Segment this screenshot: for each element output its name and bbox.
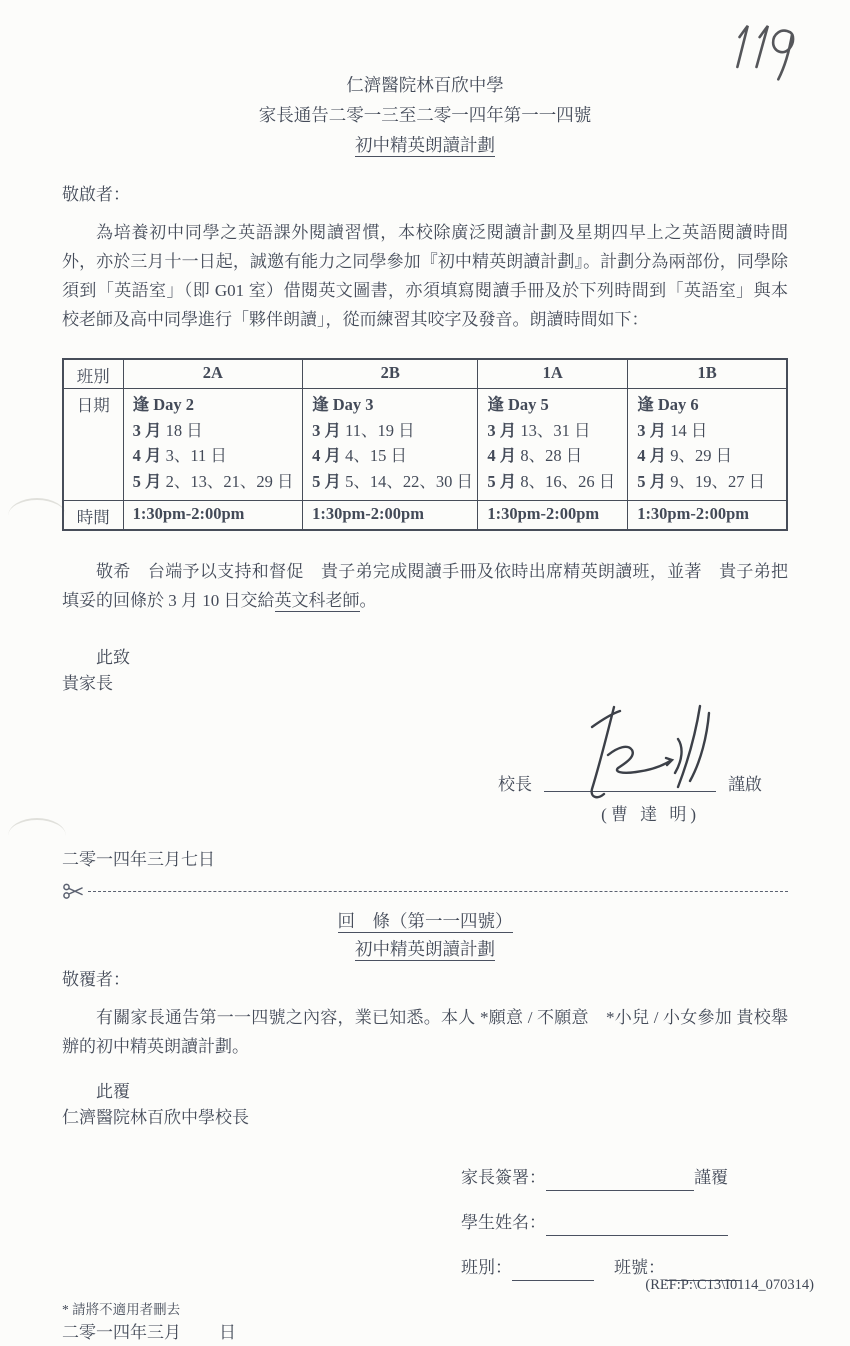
reference-number: (REF:P:\C13\I0114_070314) <box>645 1277 814 1294</box>
delete-inapplicable-footnote: * 請將不適用者刪去 <box>62 1300 788 1320</box>
pencil-scan-mark <box>8 498 66 516</box>
respect-label: 謹啟 <box>728 773 762 797</box>
class-header-2b: 2B <box>303 359 478 389</box>
reply-addressee: 仁濟醫院林百欣中學校長 <box>62 1105 788 1131</box>
principal-name: (曹 達 明) <box>62 800 700 825</box>
reply-slip-title: 回 條（第一一四號） <box>338 911 513 933</box>
request-paragraph: 敬希 台端予以支持和督促 貴子弟完成閱讀手冊及依時出席精英朗讀班，並著 貴子弟把… <box>62 557 788 615</box>
student-name-row: 學生姓名： <box>461 1210 788 1236</box>
scissors-icon <box>62 881 84 901</box>
reply-closing-block: 此覆 仁濟醫院林百欣中學校長 <box>62 1079 788 1131</box>
reading-schedule-table: 班別 2A 2B 1A 1B 日期 逢 Day 2 3 月 18 日 4 月 3… <box>62 358 788 531</box>
dates-cell-1b: 逢 Day 6 3 月 14 日 4 月 9、29 日 5 月 9、19、27 … <box>628 389 787 501</box>
row-label-class: 班別 <box>63 359 123 389</box>
salutation: 敬啟者： <box>62 182 788 208</box>
table-row-classes: 班別 2A 2B 1A 1B <box>63 359 787 389</box>
program-title: 初中精英朗讀計劃 <box>355 135 495 157</box>
notice-date: 二零一四年三月七日 <box>62 847 788 873</box>
reply-body-paragraph: 有關家長通告第一一四號之內容，業已知悉。本人 *願意 / 不願意 *小兒 / 小… <box>62 1003 788 1061</box>
dates-cell-2b: 逢 Day 3 3 月 11、19 日 4 月 4、15 日 5 月 5、14、… <box>303 389 478 501</box>
class-header-1b: 1B <box>628 359 787 389</box>
class-header-1a: 1A <box>478 359 628 389</box>
dates-cell-2a: 逢 Day 2 3 月 18 日 4 月 3、11 日 5 月 2、13、21、… <box>123 389 303 501</box>
time-cell-1a: 1:30pm-2:00pm <box>478 501 628 531</box>
time-cell-2b: 1:30pm-2:00pm <box>303 501 478 531</box>
row-label-date: 日期 <box>63 389 123 501</box>
signature-block: 校長 謹啟 (曹 <box>62 701 788 833</box>
pencil-scan-mark <box>8 818 66 836</box>
principal-signature <box>562 701 712 803</box>
time-cell-2a: 1:30pm-2:00pm <box>123 501 303 531</box>
underlined-english-teacher: 英文科老師 <box>275 591 360 612</box>
student-name-label: 學生姓名： <box>461 1213 546 1232</box>
class-blank[interactable] <box>512 1262 594 1281</box>
table-row-times: 時間 1:30pm-2:00pm 1:30pm-2:00pm 1:30pm-2:… <box>63 501 787 531</box>
dashed-cut-line <box>88 891 788 892</box>
body-paragraph: 為培養初中同學之英語課外閱讀習慣，本校除廣泛閱讀計劃及星期四早上之英語閱讀時間外… <box>62 218 788 334</box>
reply-slip-header: 回 條（第一一四號） 初中精英朗讀計劃 <box>62 907 788 963</box>
reply-closing: 此覆 <box>62 1079 788 1105</box>
reply-slip-subtitle: 初中精英朗讀計劃 <box>355 939 495 961</box>
class-number-label: 班號： <box>614 1258 665 1277</box>
reply-form-fields: 家長簽署：謹覆 學生姓名： 班別：班號： <box>461 1165 788 1281</box>
signature-line <box>544 789 716 792</box>
scanned-notice-page: 仁濟醫院林百欣中學 家長通告二零一三至二零一四年第一一四號 初中精英朗讀計劃 敬… <box>0 0 850 1346</box>
school-name: 仁濟醫院林百欣中學 <box>62 70 788 100</box>
class-label: 班別： <box>461 1258 512 1277</box>
reply-salutation: 敬覆者： <box>62 967 788 993</box>
reply-date-line: 二零一四年三月日 <box>62 1320 788 1346</box>
class-header-2a: 2A <box>123 359 303 389</box>
notice-header: 仁濟醫院林百欣中學 家長通告二零一三至二零一四年第一一四號 初中精英朗讀計劃 <box>62 70 788 160</box>
time-cell-1b: 1:30pm-2:00pm <box>628 501 787 531</box>
table-row-dates: 日期 逢 Day 2 3 月 18 日 4 月 3、11 日 5 月 2、13、… <box>63 389 787 501</box>
closing-this-to: 此致 <box>62 645 788 671</box>
closing-block: 此致 貴家長 <box>62 645 788 697</box>
parent-signature-label: 家長簽署： <box>461 1168 546 1187</box>
parent-signature-blank[interactable] <box>546 1172 694 1191</box>
principal-label: 校長 <box>498 773 532 797</box>
notice-number-line: 家長通告二零一三至二零一四年第一一四號 <box>62 100 788 130</box>
closing-addressee: 貴家長 <box>62 671 788 697</box>
row-label-time: 時間 <box>63 501 123 531</box>
cut-here-line <box>62 881 788 901</box>
dates-cell-1a: 逢 Day 5 3 月 13、31 日 4 月 8、28 日 5 月 8、16、… <box>478 389 628 501</box>
student-name-blank[interactable] <box>546 1217 728 1236</box>
parent-signature-row: 家長簽署：謹覆 <box>461 1165 788 1191</box>
parent-respect-label: 謹覆 <box>694 1168 728 1187</box>
